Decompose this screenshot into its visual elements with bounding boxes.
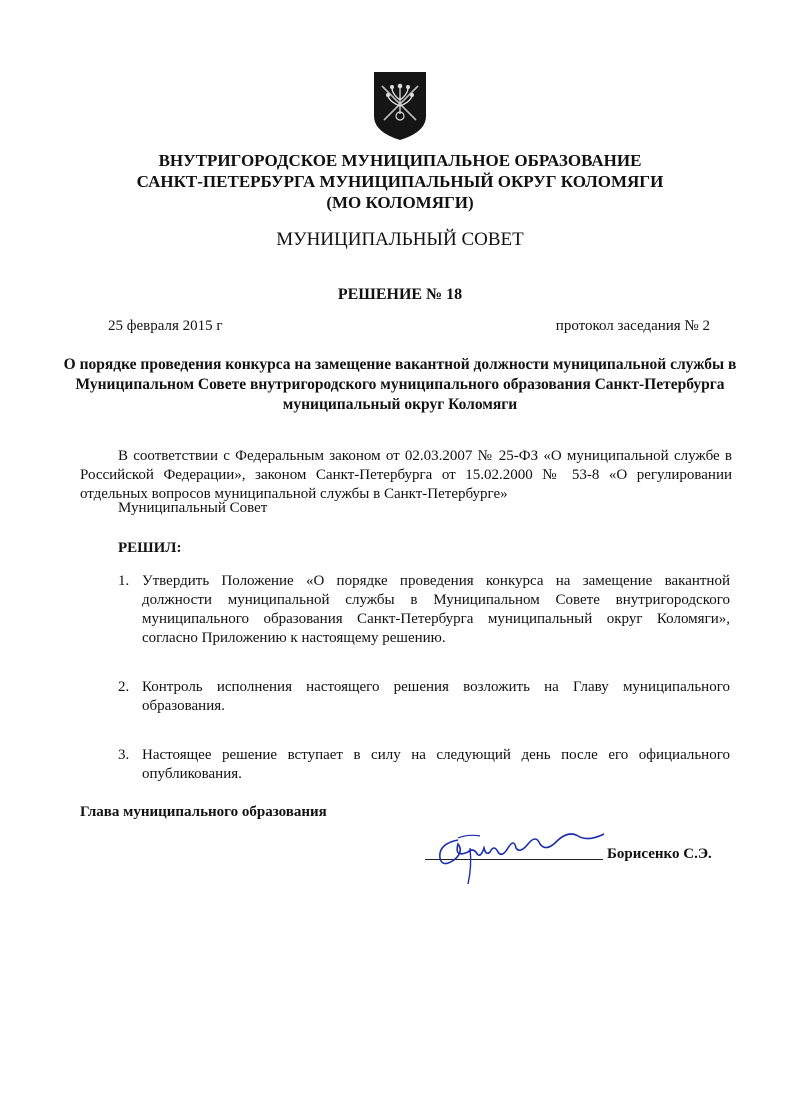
header-line-1: ВНУТРИГОРОДСКОЕ МУНИЦИПАЛЬНОЕ ОБРАЗОВАНИ… (0, 150, 800, 171)
list-item: 1. Утвердить Положение «О порядке провед… (118, 572, 730, 648)
signatory-title: Глава муниципального образования (80, 804, 327, 821)
decision-subject: О порядке проведения конкурса на замещен… (60, 355, 740, 415)
signatory-name: Борисенко С.Э. (607, 846, 712, 863)
council-title: МУНИЦИПАЛЬНЫЙ СОВЕТ (0, 229, 800, 251)
preamble: В соответствии с Федеральным законом от … (80, 447, 732, 504)
item-number: 3. (118, 746, 129, 765)
list-item: 2. Контроль исполнения настоящего решени… (118, 678, 730, 716)
item-number: 1. (118, 572, 129, 591)
resolved-label: РЕШИЛ: (118, 540, 181, 557)
header-line-3: (МО КОЛОМЯГИ) (0, 192, 800, 213)
decision-title: РЕШЕНИЕ № 18 (0, 286, 800, 304)
coat-of-arms-icon (372, 70, 428, 142)
decision-date: 25 февраля 2015 г (108, 318, 223, 335)
item-text: Контроль исполнения настоящего решения в… (142, 678, 730, 716)
item-number: 2. (118, 678, 129, 697)
item-text: Настоящее решение вступает в силу на сле… (142, 746, 730, 784)
protocol-number: протокол заседания № 2 (556, 318, 710, 335)
header-line-2: САНКТ-ПЕТЕРБУРГА МУНИЦИПАЛЬНЫЙ ОКРУГ КОЛ… (0, 171, 800, 192)
list-item: 3. Настоящее решение вступает в силу на … (118, 746, 730, 784)
council-label: Муниципальный Совет (118, 500, 267, 517)
handwritten-signature-icon (428, 818, 618, 888)
item-text: Утвердить Положение «О порядке проведени… (142, 572, 730, 648)
